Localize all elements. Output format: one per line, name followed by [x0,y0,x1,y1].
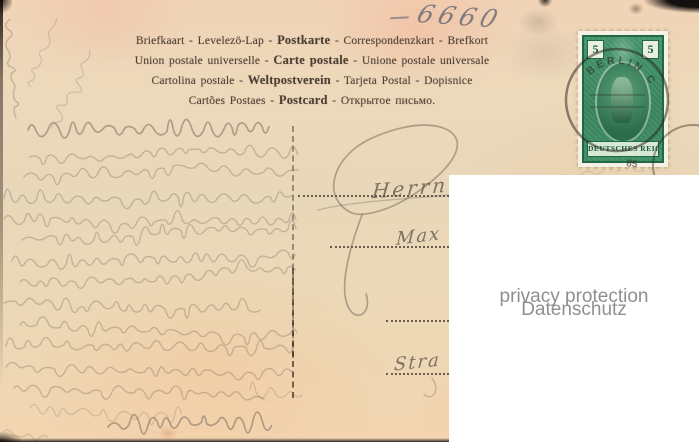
flourish-descender [345,215,368,315]
header-line-1: Briefkaart - Levelezö-Lap - Postkarte - … [32,31,592,51]
postcard-back: Briefkaart - Levelezö-Lap - Postkarte - … [0,0,699,442]
handwriting-line [30,145,298,164]
handwriting-salutation [28,120,269,139]
stamp-portrait-oval [595,61,651,143]
header-text: Union postale universelle - [135,55,274,67]
photo-edge-bottom [0,438,452,442]
photo-corner-bottom-left [0,432,22,442]
stamp-value-right: 5 [642,40,659,59]
header-text-bold: Postkarte [277,33,330,47]
handwriting-line [30,404,182,424]
header-text-bold: Carte postale [273,53,348,67]
stamp-design-germania: 5 5 DEUTSCHES REICH [582,35,664,163]
photo-corner-top-right [644,0,699,13]
photo-edge-nick [538,0,552,7]
header-text: - Открытое письмо. [328,95,436,107]
handwriting-line [4,298,260,318]
stamp-value-left: 5 [587,40,604,59]
header-text: Cartolina postale - [151,75,247,87]
photo-edge-left [0,0,3,390]
header-text-bold: Postcard [279,93,328,107]
handwriting-line [12,250,295,269]
handwriting-line [6,362,292,379]
header-text: Briefkaart - Levelezö-Lap - [136,35,277,47]
privacy-line-de: Datenschutz [500,303,649,316]
address-line-2 [330,246,449,248]
handwriting-signature [108,412,271,434]
handwriting-line [4,189,292,208]
message-address-divider-dark [292,268,294,398]
header-text: - Correspondenzkart - Brefkort [330,35,488,47]
handwriting-line [22,220,296,245]
handwriting-line [14,385,264,400]
address-street-handwritten: Stra [393,349,441,375]
postage-stamp: 5 5 DEUTSCHES REICH [578,31,668,167]
handwriting-line [6,20,19,118]
handwriting-line [24,163,298,184]
handwriting-line [20,260,295,288]
stamp-country-label: DEUTSCHES REICH [587,141,659,157]
postcard-header: Briefkaart - Levelezö-Lap - Postkarte - … [32,31,592,111]
header-text: - Unione postale universale [349,55,490,67]
address-title-handwritten: Herrn [371,173,449,204]
privacy-protection-text: privacy protection Datenschutz [500,290,649,316]
privacy-protection-overlay: privacy protection Datenschutz [449,175,699,442]
handwriting-line [4,211,296,233]
flourish-street-tail [424,378,436,397]
photo-corner-top-left [0,0,12,16]
header-line-3: Cartolina postale - Weltpostverein - Tar… [32,71,592,91]
address-line-3 [386,320,449,322]
handwriting-line [6,338,293,356]
handwriting-line [20,317,297,345]
header-line-2: Union postale universelle - Carte postal… [32,51,592,71]
catalog-number-handwritten: 6660 [413,0,506,34]
header-line-4: Cartões Postaes - Postcard - Открытое пи… [32,91,592,111]
handwriting-margin-vertical [6,20,19,118]
header-text: - Tarjeta Postal - Dopisnice [331,75,473,87]
header-text-bold: Weltpostverein [248,73,331,87]
handwriting-line [250,382,302,398]
header-text: Cartões Postaes - [189,95,279,107]
